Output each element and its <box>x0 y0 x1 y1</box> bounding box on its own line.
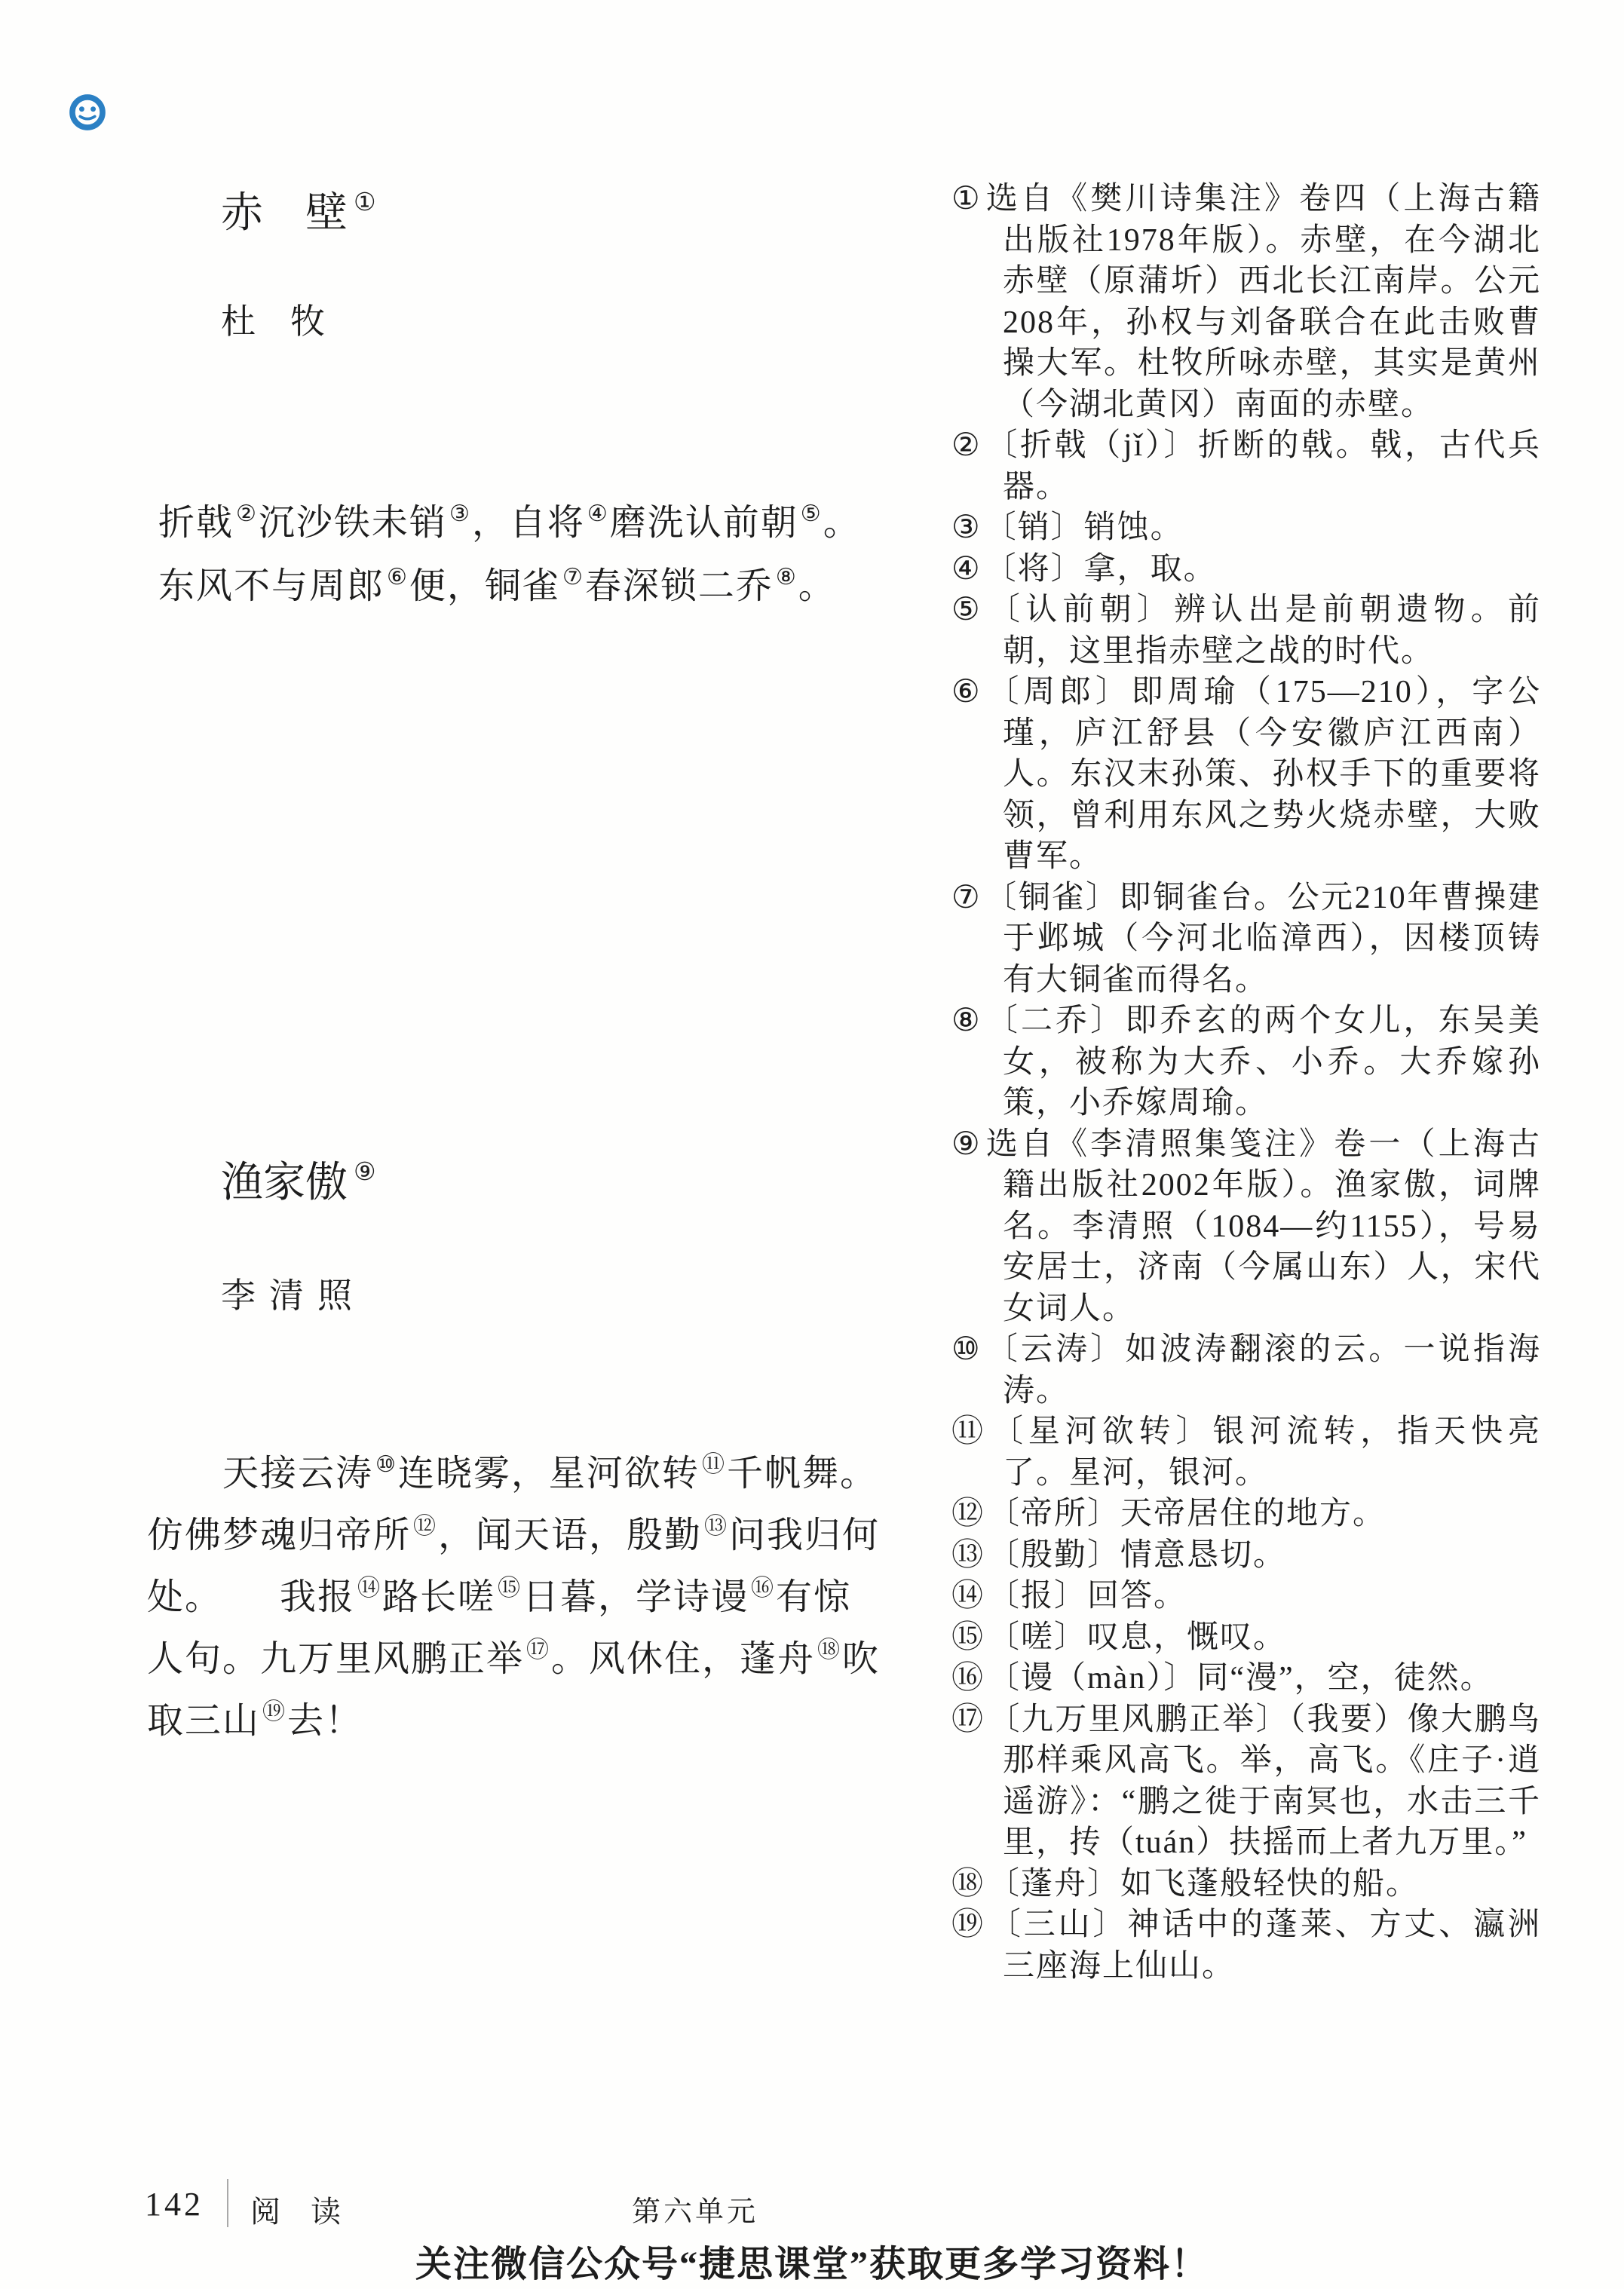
poem-text-segment: 路长嗟 <box>382 1577 495 1617</box>
poem-text-segment: 去！ <box>287 1701 363 1741</box>
footnote-ref: ③ <box>449 501 470 526</box>
poem-text-segment: 取三山 <box>147 1701 260 1741</box>
poem-line: 取三山⑲去！ <box>147 1693 880 1754</box>
footnote-ref: ⑧ <box>776 565 796 590</box>
annotation-text: 〔铜雀〕即铜雀台。公元210年曹操建于邺城（今河北临漳西），因楼顶铸有大铜雀而得… <box>985 881 1541 997</box>
footnote-ref: ⑰ <box>526 1638 549 1662</box>
annotation-text: 〔销〕销蚀。 <box>985 510 1184 545</box>
poem-text-segment: 。风休住，蓬舟 <box>551 1639 815 1679</box>
annotation: ⑫〔帝所〕天帝居住的地方。 <box>951 1494 1541 1535</box>
annotation-text: 〔九万里风鹏正举〕（我要）像大鹏鸟那样乘风高飞。举，高飞。《庄子·逍遥游》：“鹏… <box>988 1702 1541 1861</box>
footnote-ref: ⑫ <box>413 1514 436 1539</box>
smiley-icon-svg <box>68 92 107 133</box>
poem-text-segment: 磨洗认前朝 <box>610 503 798 543</box>
annotation: ⑦〔铜雀〕即铜雀台。公元210年曹操建于邺城（今河北临漳西），因楼顶铸有大铜雀而… <box>951 878 1541 1001</box>
poem-line: 折戟②沉沙铁未销③，自将④磨洗认前朝⑤。 <box>158 494 861 557</box>
poem-text-segment: 东风不与周郎 <box>158 566 385 606</box>
annotation-number: ⑯ <box>951 1661 985 1696</box>
annotation: ⑲〔三山〕神话中的蓬莱、方丈、瀛洲三座海上仙山。 <box>951 1904 1541 1987</box>
poem1-author: 杜 牧 <box>221 294 325 344</box>
poem-line: 天接云涛⑩连晓雾，星河欲转⑪千帆舞。 <box>147 1445 880 1507</box>
annotation: ⑬〔殷勤〕情意恳切。 <box>951 1535 1541 1577</box>
footnote-ref: ④ <box>587 501 608 526</box>
poem-text-segment: 。 <box>798 566 836 606</box>
footnote-ref: ⑩ <box>375 1452 396 1477</box>
annotation-number: ⑰ <box>951 1702 985 1737</box>
poem-text-segment: 便，铜雀 <box>409 566 560 606</box>
annotation-number: ① <box>951 182 983 216</box>
poem-text-segment: 春深锁二乔 <box>585 566 774 606</box>
annotation-number: ⑪ <box>951 1414 988 1449</box>
poem-text-segment: 问我归何 <box>729 1515 880 1555</box>
annotation-number: ⑫ <box>951 1497 985 1531</box>
smiley-icon <box>68 92 107 133</box>
annotation-number: ② <box>951 428 982 463</box>
annotation-number: ⑱ <box>951 1867 985 1901</box>
annotation-text: 〔帝所〕天帝居住的地方。 <box>988 1497 1386 1531</box>
annotation-number: ⑬ <box>951 1538 985 1573</box>
poem-text-segment: 天接云涛 <box>147 1454 373 1494</box>
poem-text-segment: 日暮，学诗谩 <box>522 1577 749 1617</box>
annotation-number: ③ <box>951 510 982 545</box>
poem1-text: 折戟②沉沙铁未销③，自将④磨洗认前朝⑤。东风不与周郎⑥便，铜雀⑦春深锁二乔⑧。 <box>158 494 861 621</box>
footer-section-label: 阅 读 <box>250 2188 341 2231</box>
annotation: ⑩〔云涛〕如波涛翻滚的云。一说指海涛。 <box>951 1329 1541 1411</box>
annotation-number: ⑮ <box>951 1620 985 1655</box>
footnote-ref: ⑥ <box>387 565 407 590</box>
annotation: ④〔将〕拿，取。 <box>951 549 1541 590</box>
annotation-number: ⑥ <box>951 675 984 709</box>
annotation-text: 〔谩（màn）〕同“漫”，空，徒然。 <box>988 1661 1494 1696</box>
annotation: ②〔折戟（jǐ）〕折断的戟。戟，古代兵器。 <box>951 425 1541 507</box>
poem-text-segment: 连晓雾，星河欲转 <box>398 1454 700 1494</box>
poem-text-segment: ，自将 <box>472 503 585 543</box>
annotation: ⑧〔二乔〕即乔玄的两个女儿，东吴美女，被称为大乔、小乔。大乔嫁孙策，小乔嫁周瑜。 <box>951 1000 1541 1124</box>
annotation: ⑱〔蓬舟〕如飞蓬般轻快的船。 <box>951 1864 1541 1905</box>
footer-unit-label: 第六单元 <box>632 2188 758 2229</box>
annotation-text: 〔云涛〕如波涛翻滚的云。一说指海涛。 <box>986 1332 1541 1408</box>
annotation-text: 〔将〕拿，取。 <box>985 552 1217 587</box>
annotations-column: ①选自《樊川诗集注》卷四（上海古籍出版社1978年版）。赤壁，在今湖北赤壁（原蒲… <box>951 179 1541 1987</box>
annotation-text: 〔三山〕神话中的蓬莱、方丈、瀛洲三座海上仙山。 <box>989 1907 1541 1984</box>
poem-text-segment: 折戟 <box>158 503 234 543</box>
footnote-ref: ⑮ <box>498 1576 520 1601</box>
annotation-text: 〔星河欲转〕银河流转，指天快亮了。星河，银河。 <box>991 1414 1541 1491</box>
poem2-title-footnote-ref: ⑨ <box>354 1159 376 1186</box>
annotation-number: ④ <box>951 552 982 587</box>
annotation: ⑨选自《李清照集笺注》卷一（上海古籍出版社2002年版）。渔家傲，词牌名。李清照… <box>951 1124 1541 1330</box>
annotation-text: 选自《樊川诗集注》卷四（上海古籍出版社1978年版）。赤壁，在今湖北赤壁（原蒲圻… <box>986 182 1541 422</box>
annotation-text: 〔二乔〕即乔玄的两个女儿，东吴美女，被称为大乔、小乔。大乔嫁孙策，小乔嫁周瑜。 <box>986 1004 1541 1120</box>
poem-text-segment: 人句。九万里风鹏正举 <box>147 1639 524 1679</box>
footnote-ref: ⑯ <box>751 1576 774 1601</box>
annotation-number: ⑦ <box>951 881 982 915</box>
footnote-ref: ⑪ <box>702 1452 725 1477</box>
poem2-text: 天接云涛⑩连晓雾，星河欲转⑪千帆舞。仿佛梦魂归帝所⑫，闻天语，殷勤⑬问我归何处。… <box>147 1445 880 1754</box>
annotation: ⑰〔九万里风鹏正举〕（我要）像大鹏鸟那样乘风高飞。举，高飞。《庄子·逍遥游》：“… <box>951 1699 1541 1864</box>
poem-text-segment: 有惊 <box>776 1577 851 1617</box>
footnote-ref: ⑲ <box>262 1699 285 1724</box>
footnote-ref: ⑱ <box>817 1638 840 1662</box>
poem-text-segment: 处。 我报 <box>147 1577 355 1617</box>
footnote-ref: ⑬ <box>704 1514 727 1539</box>
annotation-text: 〔嗟〕叹息，慨叹。 <box>988 1620 1286 1655</box>
annotation-text: 〔殷勤〕情意恳切。 <box>988 1538 1286 1573</box>
annotation-text: 〔折戟（jǐ）〕折断的戟。戟，古代兵器。 <box>985 428 1541 504</box>
poem-text-segment: 沉沙铁未销 <box>259 503 447 543</box>
textbook-page: 赤 壁① 杜 牧 折戟②沉沙铁未销③，自将④磨洗认前朝⑤。东风不与周郎⑥便，铜雀… <box>0 0 1624 2289</box>
footnote-ref: ⑤ <box>801 501 821 526</box>
poem-line: 处。 我报⑭路长嗟⑮日暮，学诗谩⑯有惊 <box>147 1569 880 1631</box>
footer-divider <box>227 2179 228 2227</box>
annotation-text: 〔报〕回答。 <box>988 1579 1187 1613</box>
annotation-number: ⑩ <box>951 1332 983 1367</box>
poem2-title-text: 渔家傲 <box>221 1160 348 1206</box>
page-number: 142 <box>145 2185 204 2223</box>
annotation: ③〔销〕销蚀。 <box>951 507 1541 549</box>
poem-line: 仿佛梦魂归帝所⑫，闻天语，殷勤⑬问我归何 <box>147 1507 880 1569</box>
annotation-text: 〔蓬舟〕如飞蓬般轻快的船。 <box>988 1867 1419 1901</box>
annotation-number: ⑧ <box>951 1004 983 1038</box>
poem-text-segment: 千帆舞。 <box>727 1454 878 1494</box>
promo-banner: 关注微信公众号“捷思课堂”获取更多学习资料！ <box>0 2235 1624 2287</box>
annotation-number: ⑲ <box>951 1907 986 1942</box>
poem-line: 人句。九万里风鹏正举⑰。风休住，蓬舟⑱吹 <box>147 1631 880 1693</box>
footnote-ref: ② <box>236 501 256 526</box>
poem1-title: 赤 壁① <box>221 179 376 240</box>
annotation-number: ⑭ <box>951 1579 985 1613</box>
annotation-number: ⑤ <box>951 593 985 627</box>
poem-text-segment: 。 <box>823 503 861 543</box>
annotation: ⑪〔星河欲转〕银河流转，指天快亮了。星河，银河。 <box>951 1411 1541 1494</box>
poem2-title: 渔家傲⑨ <box>221 1149 376 1209</box>
footnote-ref: ⑭ <box>357 1576 380 1601</box>
annotation: ⑤〔认前朝〕辨认出是前朝遗物。前朝，这里指赤壁之战的时代。 <box>951 590 1541 672</box>
annotation-number: ⑨ <box>951 1127 983 1162</box>
annotation: ⑮〔嗟〕叹息，慨叹。 <box>951 1617 1541 1659</box>
annotation-text: 选自《李清照集笺注》卷一（上海古籍出版社2002年版）。渔家傲，词牌名。李清照（… <box>986 1127 1541 1326</box>
poem-text-segment: 仿佛梦魂归帝所 <box>147 1515 411 1555</box>
poem2-author: 李清照 <box>221 1268 366 1318</box>
annotation-text: 〔周郎〕即周瑜（175—210），字公瑾，庐江舒县（今安徽庐江西南）人。东汉末孙… <box>987 675 1541 874</box>
poem1-title-text: 赤 壁 <box>221 190 348 237</box>
annotation-text: 〔认前朝〕辨认出是前朝遗物。前朝，这里指赤壁之战的时代。 <box>988 593 1541 669</box>
annotation: ⑭〔报〕回答。 <box>951 1576 1541 1617</box>
annotation: ⑯〔谩（màn）〕同“漫”，空，徒然。 <box>951 1658 1541 1699</box>
poem-line: 东风不与周郎⑥便，铜雀⑦春深锁二乔⑧。 <box>158 557 861 621</box>
poem-text-segment: 吹 <box>842 1639 880 1679</box>
annotation: ⑥〔周郎〕即周瑜（175—210），字公瑾，庐江舒县（今安徽庐江西南）人。东汉末… <box>951 672 1541 878</box>
poem1-title-footnote-ref: ① <box>354 189 376 216</box>
annotation: ①选自《樊川诗集注》卷四（上海古籍出版社1978年版）。赤壁，在今湖北赤壁（原蒲… <box>951 179 1541 425</box>
footnote-ref: ⑦ <box>562 565 583 590</box>
poem-text-segment: ，闻天语，殷勤 <box>438 1515 702 1555</box>
